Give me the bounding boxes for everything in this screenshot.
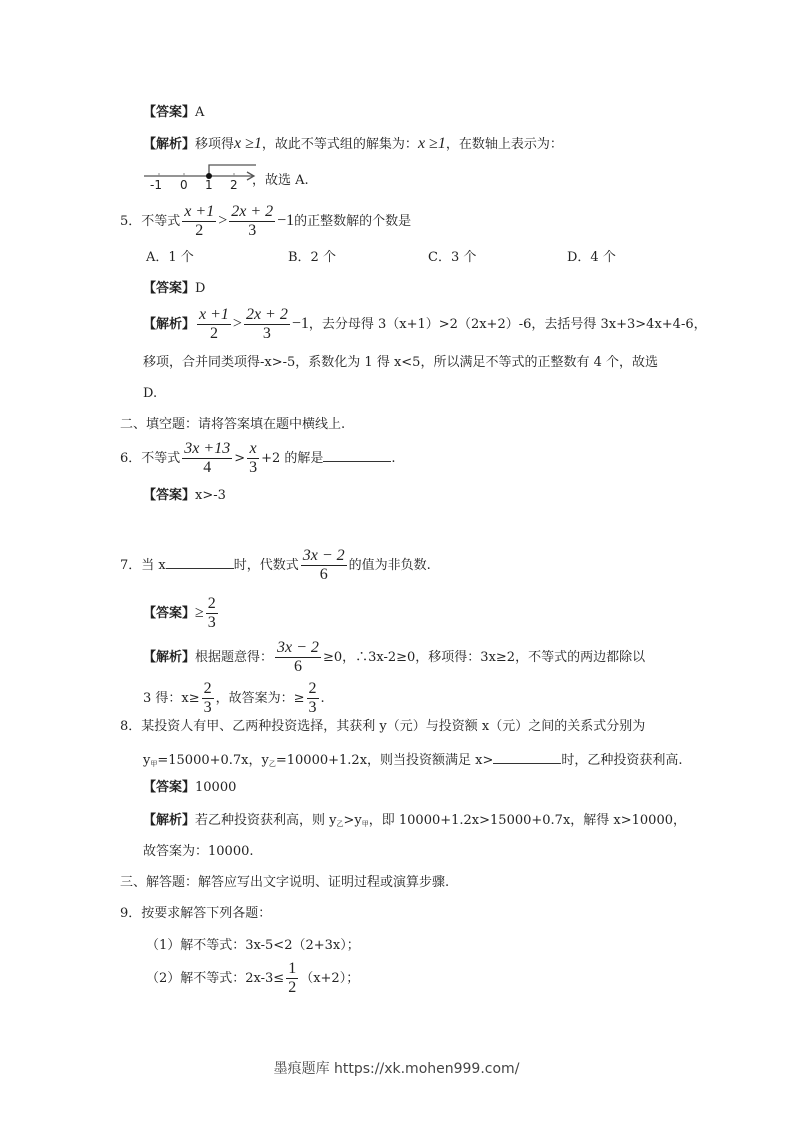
fraction: x +12 [197,306,231,343]
fraction: 3x − 26 [301,547,347,584]
numerator: 2 [307,680,319,699]
q9-part2: （2）解不等式：2x-3≤12（x+2）； [146,960,359,997]
denominator: 3 [202,699,214,717]
math-expression: x ≥1 [418,135,446,152]
denominator: 3 [247,459,259,477]
denominator: 6 [301,566,347,584]
analysis-text: 根据题意得： [195,650,273,665]
fraction: x3 [247,440,259,477]
q5-answer: 【答案】D [143,280,205,298]
choice-d: D．4 个 [567,249,616,267]
tick-label: -1 [150,178,162,192]
stem-text: =10000+1.2x，则当投资额满足 x> [276,753,494,768]
fraction: 23 [206,595,218,632]
q9-part1: （1）解不等式：3x-5<2（2+3x）； [146,937,360,955]
question-number: 9． [120,906,141,921]
number-line: -1 0 1 2 [144,162,264,194]
denominator: 2 [286,979,298,997]
stem-text: =15000+0.7x， [157,753,261,768]
numerator: x +1 [182,203,216,222]
q7-analysis-line2: 3 得：x≥23，故答案为：≥23. [143,680,325,717]
choice-a: A．1 个 [146,249,194,267]
denominator: 2 [197,325,231,343]
answer-label: 【答案】 [143,105,195,120]
analysis-text: . [321,691,325,706]
math-expression: ≥ [195,604,204,621]
q7-analysis-line1: 【解析】根据题意得：3x − 26≥0，∴3x-2≥0，移项得：3x≥2，不等式… [143,639,645,676]
numerator: 3x − 2 [275,639,321,658]
operator: > [233,315,242,332]
math-expression: −1 [277,212,294,229]
stem-text: 的值为非负数. [349,558,431,573]
answer-blank[interactable] [323,447,391,462]
stem-text: 时，代数式 [234,558,299,573]
denominator: 2 [182,222,216,240]
subscript: 甲 [362,820,369,828]
analysis-text: ，故答案为：≥ [216,691,305,706]
fraction: 23 [307,680,319,717]
q7-answer: 【答案】≥23 [143,595,220,632]
stem-text: . [391,451,395,466]
analysis-label: 【解析】 [143,650,195,665]
stem-text: 当 x [141,558,165,573]
answer-blank[interactable] [493,749,561,764]
fraction: x +12 [182,203,216,240]
stem-text: +2 的解是 [261,451,323,466]
fraction: 23 [202,680,214,717]
numerator: x +1 [197,306,231,325]
fraction: 12 [286,960,298,997]
numerator: 3x +13 [182,440,232,459]
denominator: 3 [244,325,290,343]
answer-blank[interactable] [166,554,234,569]
stem-text: 按要求解答下列各题： [141,906,271,921]
numerator: 2x + 2 [244,306,290,325]
analysis-label: 【解析】 [143,137,195,152]
q5-stem: 5．不等式x +12>2x + 23−1的正整数解的个数是 [120,203,411,240]
operator: > [234,451,245,466]
subscript: 乙 [269,760,276,768]
analysis-text: ≥0，∴3x-2≥0，移项得：3x≥2，不等式的两边都除以 [323,650,645,665]
q7-stem: 7．当 x时，代数式3x − 26的值为非负数. [120,547,431,584]
question-number: 5． [120,214,141,229]
q5-analysis-line2: 移项，合并同类项得-x>-5，系数化为 1 得 x<5，所以满足不等式的正整数有… [143,354,658,372]
numerator: 2 [206,595,218,614]
footer-watermark: 墨痕题库 https://xk.mohen999.com/ [0,1058,793,1078]
q4-conclusion: ，故选 A. [252,172,309,190]
answer-label: 【答案】 [143,780,195,795]
denominator: 6 [275,658,321,676]
tick-label: 1 [205,178,213,192]
fraction: 2x + 23 [229,203,275,240]
numerator: 3x − 2 [301,547,347,566]
tick-label: 0 [180,178,188,192]
fraction: 3x +134 [182,440,232,477]
tick-label: 2 [230,178,238,192]
analysis-label: 【解析】 [143,317,195,332]
answer-value: x>-3 [195,488,226,503]
section-3-title: 三、解答题：解答应写出文字说明、证明过程或演算步骤. [120,874,449,892]
stem-text: （x+2）； [300,971,359,986]
q8-stem-line2: y甲=15000+0.7x，y乙=10000+1.2x，则当投资额满足 x>时，… [143,749,683,773]
answer-label: 【答案】 [143,488,195,503]
q6-stem: 6．不等式3x +134>x3+2 的解是. [120,440,396,477]
question-number: 8． [120,719,141,734]
stem-text: 某投资人有甲、乙两种投资选择，其获利 y（元）与投资额 x（元）之间的关系式分别… [141,719,645,734]
fraction: 2x + 23 [244,306,290,343]
q9-stem: 9．按要求解答下列各题： [120,905,271,923]
question-number: 6． [120,451,141,466]
analysis-text: >y [344,813,362,828]
q4-analysis: 【解析】移项得x ≥1，故此不等式组的解集为：x ≥1，在数轴上表示为： [143,135,563,154]
math-expression: −1 [292,315,309,332]
answer-value: D [195,281,205,296]
choice-c: C．3 个 [428,249,476,267]
operator: > [218,212,227,229]
stem-text: （2）解不等式：2x-3≤ [146,971,284,986]
analysis-text: 移项得 [195,137,234,152]
numerator: 1 [286,960,298,979]
denominator: 3 [307,699,319,717]
math-expression: x ≥1 [234,135,262,152]
analysis-text: ，故此不等式组的解集为： [262,137,418,152]
stem-text: 时，乙种投资获利高. [561,753,682,768]
stem-text: 不等式 [141,451,180,466]
choice-b: B．2 个 [288,249,336,267]
analysis-text: ，在数轴上表示为： [446,137,563,152]
numerator: x [247,440,259,459]
denominator: 3 [206,614,218,632]
fraction: 3x − 26 [275,639,321,676]
numerator: 2x + 2 [229,203,275,222]
q8-stem-line1: 8．某投资人有甲、乙两种投资选择，其获利 y（元）与投资额 x（元）之间的关系式… [120,718,645,736]
stem-text: 的正整数解的个数是 [294,214,411,229]
variable: y [262,753,269,768]
subscript: 乙 [337,820,344,828]
analysis-text: 若乙种投资获利高，则 y [195,813,336,828]
analysis-text: ，即 10000+1.2x>15000+0.7x，解得 x>10000， [369,813,686,828]
numerator: 2 [202,680,214,699]
denominator: 4 [182,459,232,477]
q8-analysis-line1: 【解析】若乙种投资获利高，则 y乙>y甲，即 10000+1.2x>15000+… [143,812,686,833]
answer-value: 10000 [195,780,236,795]
number-line-graphic [144,162,264,182]
stem-text: 不等式 [141,214,180,229]
answer-label: 【答案】 [143,281,195,296]
denominator: 3 [229,222,275,240]
q8-answer: 【答案】10000 [143,779,236,797]
q5-analysis-line3: D. [143,385,157,403]
q5-analysis-line1: 【解析】x +12>2x + 23−1，去分母得 3（x+1）>2（2x+2）-… [143,306,707,343]
analysis-text: ，去分母得 3（x+1）>2（2x+2）-6，去括号得 3x+3>4x+4-6， [309,317,707,332]
analysis-text: 3 得：x≥ [143,691,200,706]
analysis-label: 【解析】 [143,813,195,828]
q4-answer: 【答案】A [143,104,204,122]
q8-analysis-line2: 故答案为：10000. [143,843,254,861]
answer-label: 【答案】 [143,606,195,621]
question-number: 7． [120,558,141,573]
q6-answer: 【答案】x>-3 [143,487,226,505]
section-2-title: 二、填空题：请将答案填在题中横线上. [120,416,345,434]
answer-value: A [195,105,204,120]
